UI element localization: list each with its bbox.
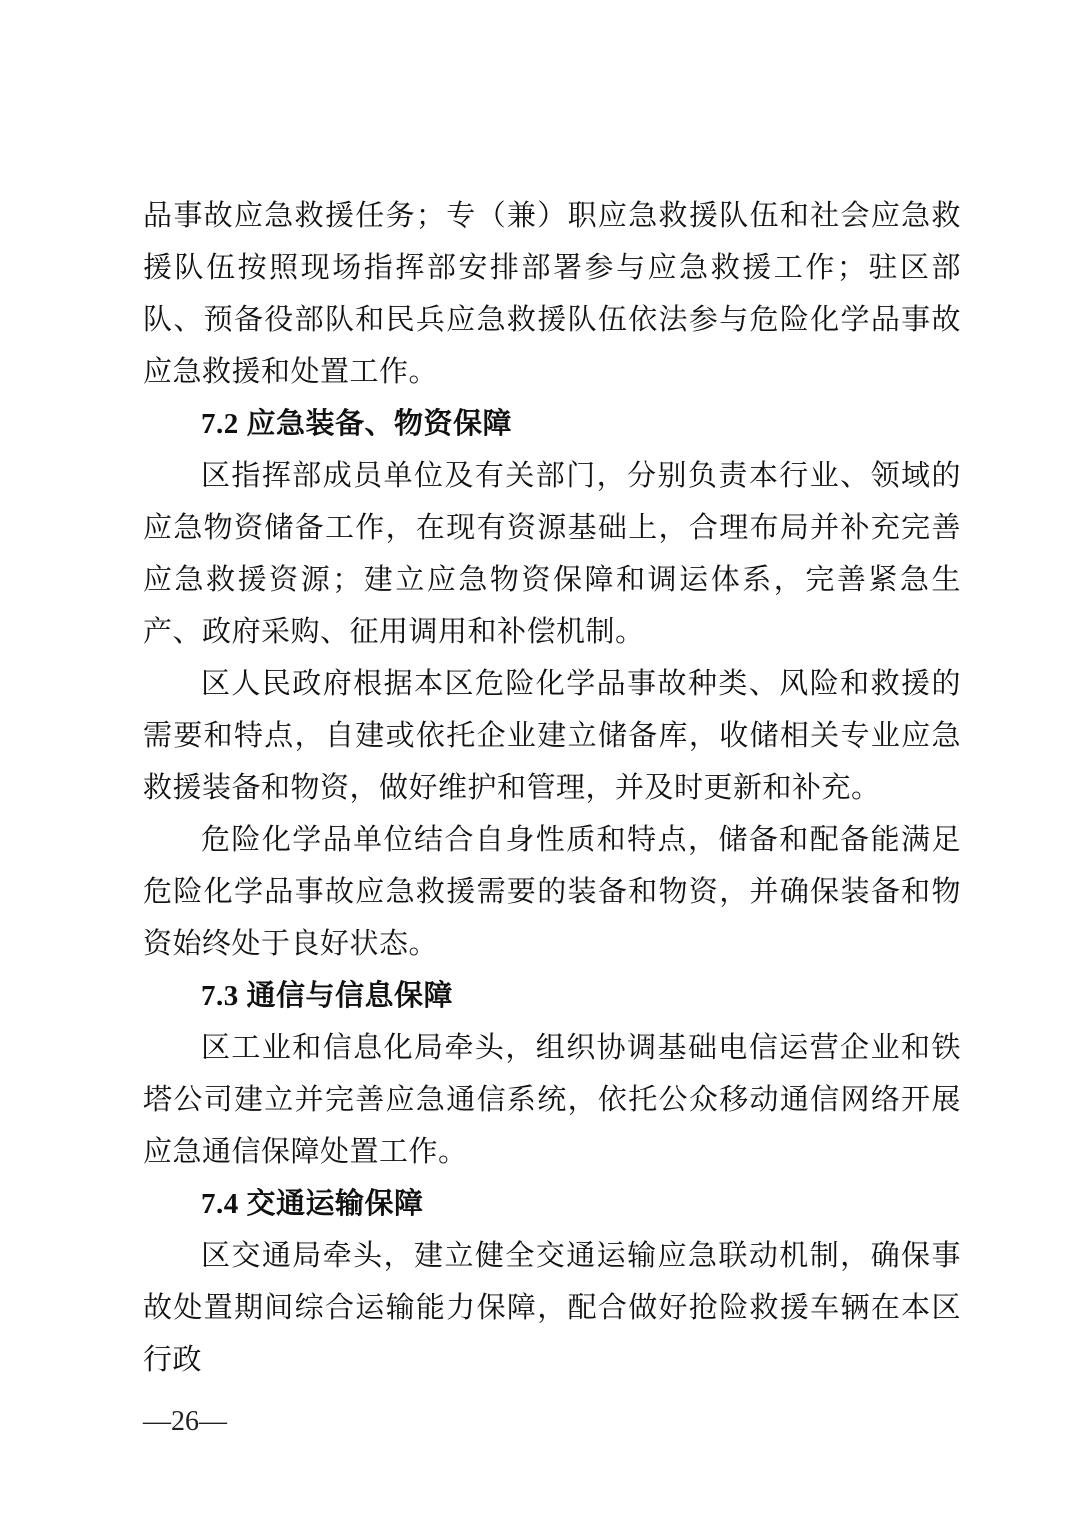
paragraph: 区指挥部成员单位及有关部门，分别负责本行业、领域的应急物资储备工作，在现有资源基… — [143, 450, 961, 658]
section-heading-7-3: 7.3 通信与信息保障 — [143, 970, 961, 1022]
paragraph: 区工业和信息化局牵头，组织协调基础电信运营企业和铁塔公司建立并完善应急通信系统，… — [143, 1022, 961, 1178]
paragraph: 区交通局牵头，建立健全交通运输应急联动机制，确保事故处置期间综合运输能力保障，配… — [143, 1230, 961, 1386]
section-heading-7-2: 7.2 应急装备、物资保障 — [143, 398, 961, 450]
document-page: 品事故应急救援任务；专（兼）职应急救援队伍和社会应急救援队伍按照现场指挥部安排部… — [143, 190, 961, 1386]
paragraph: 区人民政府根据本区危险化学品事故种类、风险和救援的需要和特点，自建或依托企业建立… — [143, 658, 961, 814]
paragraph-continuation: 品事故应急救援任务；专（兼）职应急救援队伍和社会应急救援队伍按照现场指挥部安排部… — [143, 190, 961, 398]
page-number: —26— — [143, 1402, 227, 1442]
section-heading-7-4: 7.4 交通运输保障 — [143, 1178, 961, 1230]
paragraph: 危险化学品单位结合自身性质和特点，储备和配备能满足危险化学品事故应急救援需要的装… — [143, 814, 961, 970]
